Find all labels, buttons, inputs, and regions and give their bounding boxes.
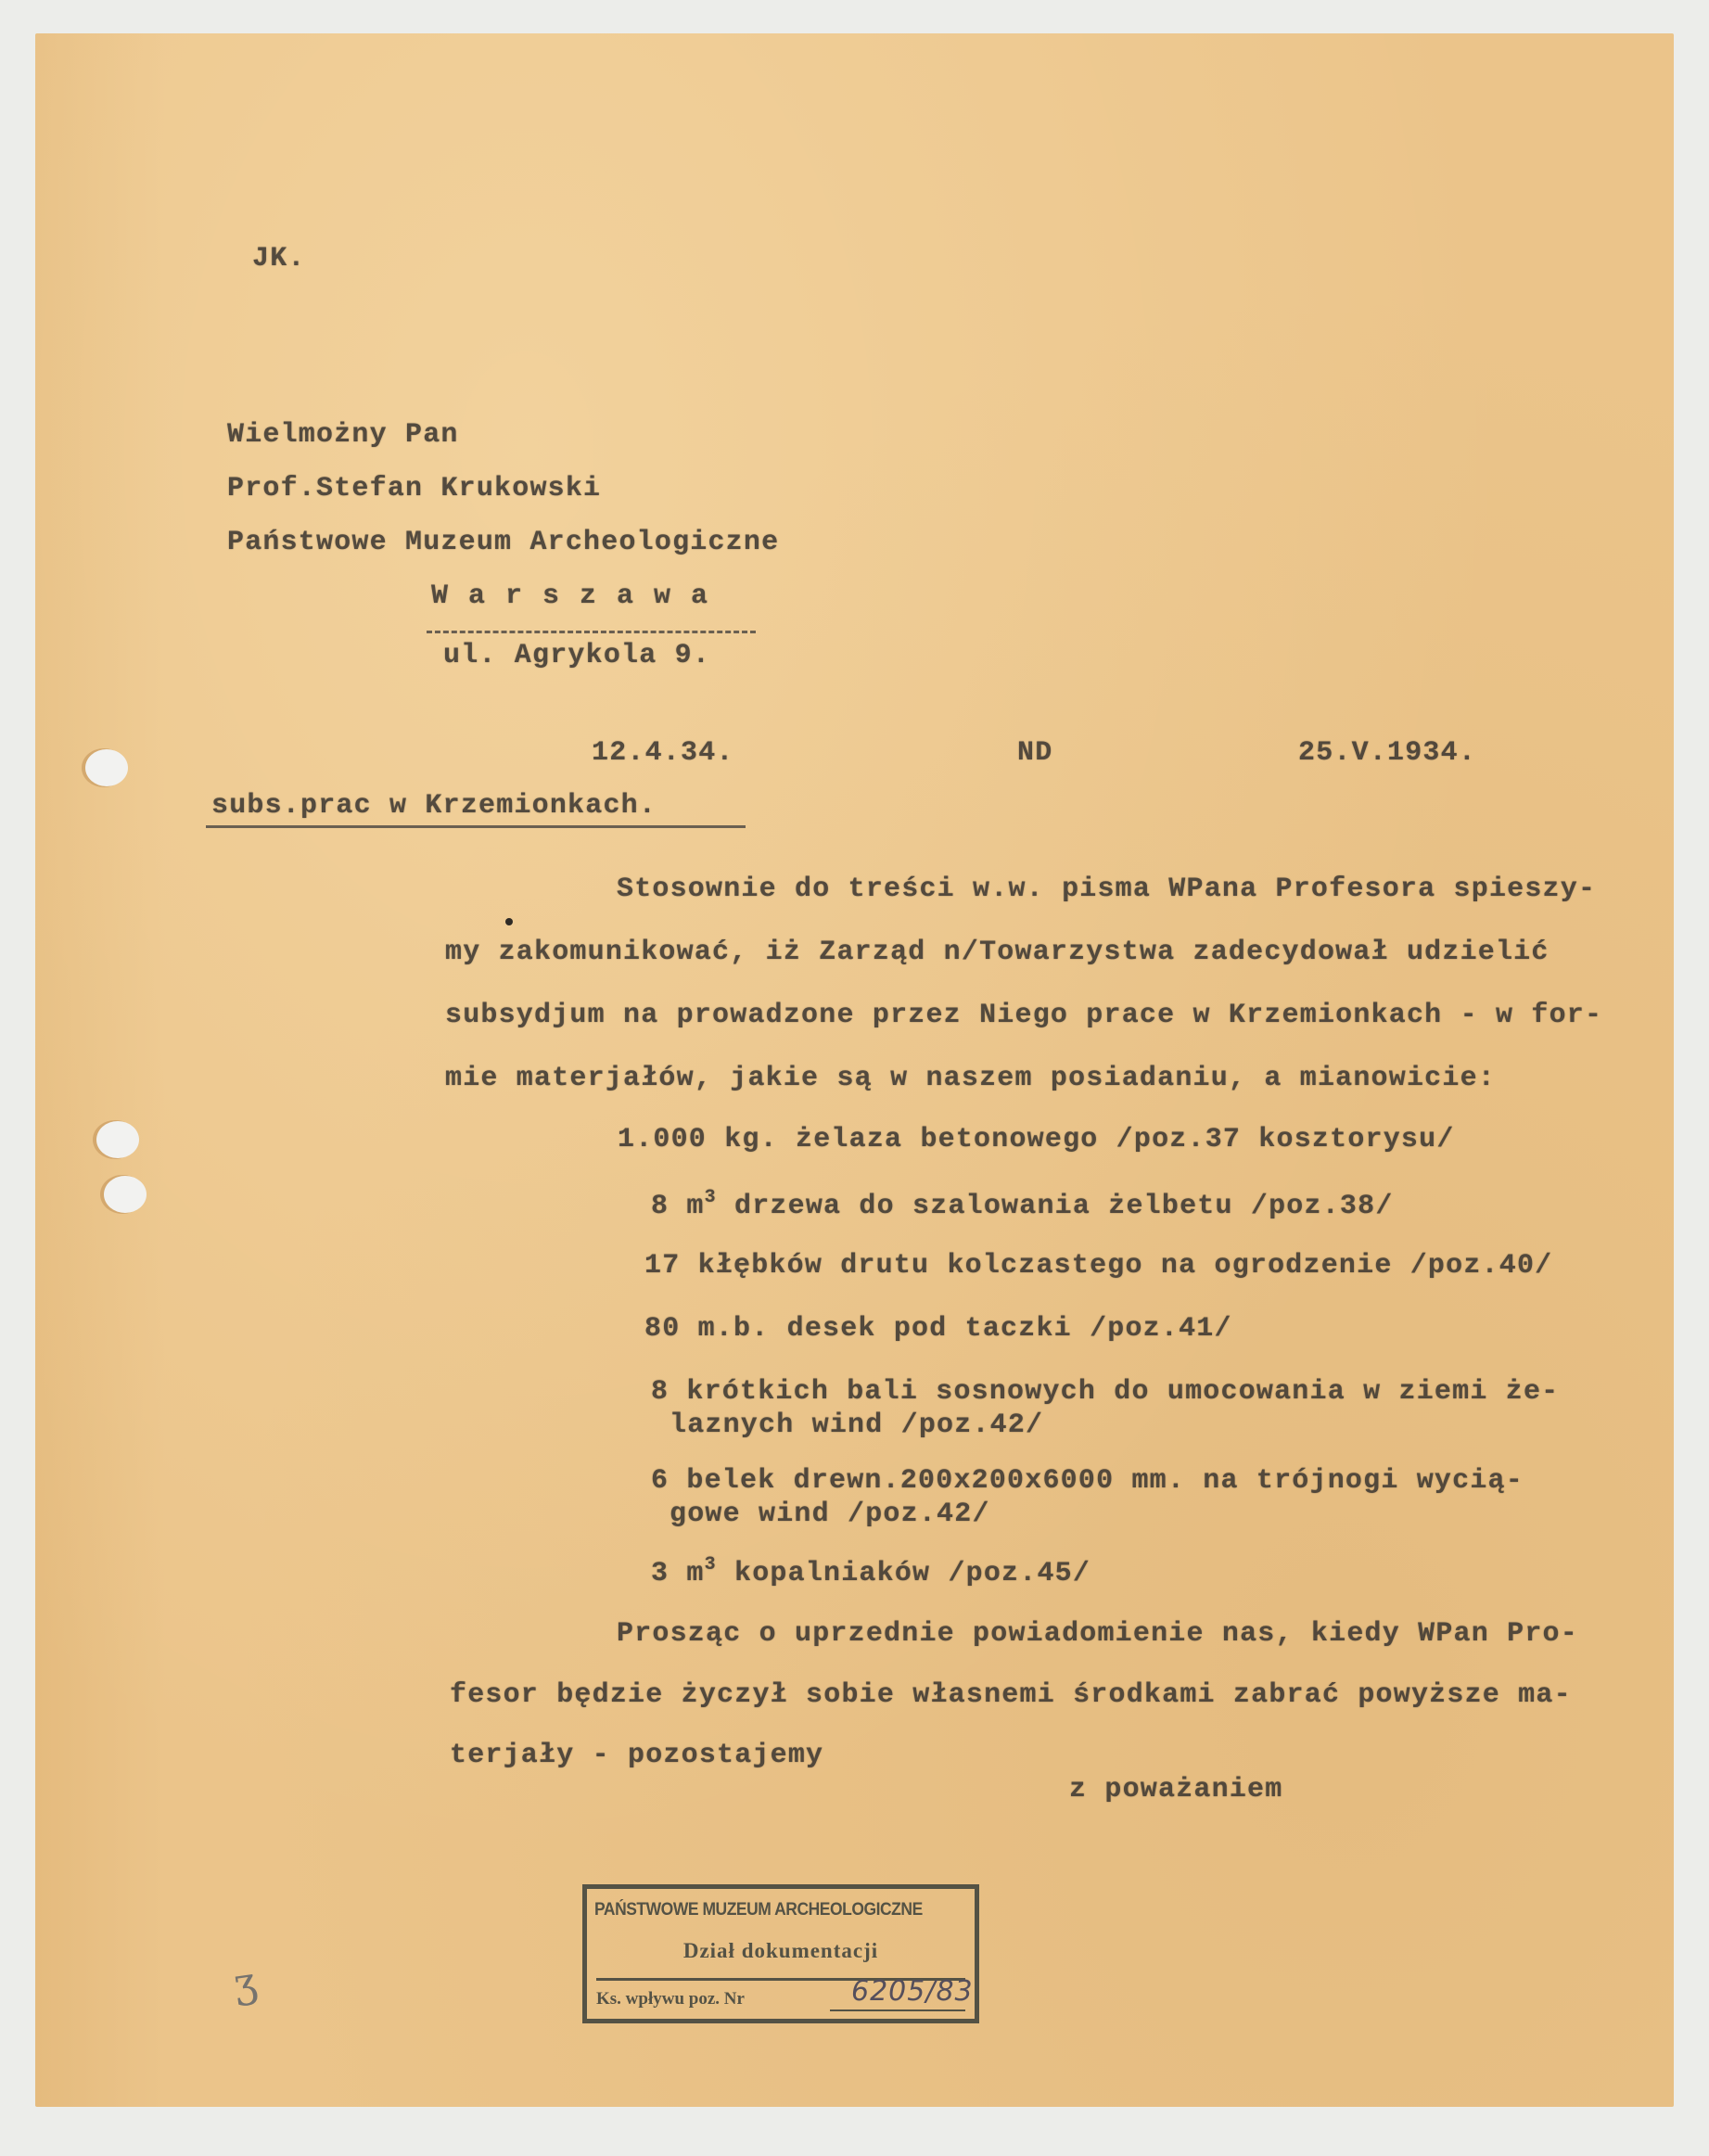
stamp-department: Dział dokumentacji (587, 1939, 975, 1963)
material-text: m.b. desek pod taczki /poz.41/ (698, 1313, 1232, 1345)
subject-line: subs.prac w Krzemionkach. (211, 790, 657, 822)
material-item-continuation: laznych wind /poz.42/ (670, 1410, 1043, 1441)
subject-underline (206, 825, 746, 828)
stamp-number-underline (830, 2009, 965, 2011)
addressee-institution: Państwowe Muzeum Archeologiczne (227, 527, 779, 558)
material-item-continuation: gowe wind /poz.42/ (670, 1499, 990, 1530)
material-text: kopalniaków /poz.45/ (734, 1558, 1090, 1589)
our-reference: ND (1017, 737, 1052, 769)
material-qty: 80 (644, 1313, 680, 1345)
stamp-entry-number: 6205/83 (851, 1975, 974, 2008)
body-line: terjały - pozostajemy (450, 1740, 823, 1771)
material-item: 17 kłębków drutu kolczastego na ogrodzen… (644, 1250, 1552, 1282)
material-text: drzewa do szalowania żelbetu /poz.38/ (734, 1191, 1394, 1222)
punch-hole-bottom (104, 1176, 147, 1213)
ink-dot (505, 918, 513, 925)
material-item: 80 m.b. desek pod taczki /poz.41/ (644, 1313, 1232, 1345)
material-qty: 17 (644, 1250, 680, 1282)
material-item: 8 krótkich bali sosnowych do umocowania … (651, 1376, 1559, 1408)
their-letter-date: 12.4.34. (592, 737, 734, 769)
punch-hole-middle (96, 1121, 139, 1158)
stamp-title: PAŃSTWOWE MUZEUM ARCHEOLOGICZNE (594, 1900, 936, 1920)
material-text: belek drewn.200x200x6000 mm. na trójnogi… (686, 1465, 1524, 1497)
material-item: 8 m3 drzewa do szalowania żelbetu /poz.3… (651, 1187, 1394, 1222)
material-qty: 1.000 (618, 1124, 707, 1155)
material-text: kłębków drutu kolczastego na ogrodzenie … (698, 1250, 1553, 1282)
city-underline (427, 631, 756, 633)
material-item: 3 m3 kopalniaków /poz.45/ (651, 1554, 1090, 1589)
material-item: 1.000 kg. żelaza betonowego /poz.37 kosz… (618, 1124, 1455, 1155)
material-item: 6 belek drewn.200x200x6000 mm. na trójno… (651, 1465, 1524, 1497)
material-unit: m (686, 1191, 704, 1222)
addressee-name: Prof.Stefan Krukowski (227, 473, 601, 504)
material-text: kg. żelaza betonowego /poz.37 kosztorysu… (724, 1124, 1454, 1155)
stamp-entry-label: Ks. wpływu poz. Nr (596, 1989, 745, 2009)
letter-date: 25.V.1934. (1298, 737, 1476, 769)
material-unit: m (686, 1558, 704, 1589)
material-unit-exponent: 3 (705, 1187, 717, 1208)
material-qty: 6 (651, 1465, 669, 1497)
body-line: my zakomunikować, iż Zarząd n/Towarzystw… (445, 937, 1550, 968)
material-qty: 8 (651, 1376, 669, 1408)
addressee-street: ul. Agrykola 9. (443, 640, 710, 671)
archive-stamp: PAŃSTWOWE MUZEUM ARCHEOLOGICZNE Dział do… (582, 1884, 979, 2023)
closing: z poważaniem (1069, 1774, 1282, 1805)
body-line: Prosząc o uprzednie powiadomienie nas, k… (617, 1618, 1578, 1650)
body-line: mie materjałów, jakie są w naszem posiad… (445, 1063, 1496, 1094)
addressee-salutation: Wielmożny Pan (227, 419, 459, 451)
body-line: fesor będzie życzył sobie własnemi środk… (450, 1679, 1572, 1711)
material-text: krótkich bali sosnowych do umocowania w … (686, 1376, 1559, 1408)
punch-hole-top (85, 749, 128, 786)
material-qty: 8 (651, 1191, 669, 1222)
addressee-city: Warszawa (431, 580, 728, 612)
body-line: Stosownie do treści w.w. pisma WPana Pro… (617, 874, 1596, 905)
material-unit-exponent: 3 (705, 1554, 717, 1576)
initials: JK. (252, 243, 306, 274)
material-qty: 3 (651, 1558, 669, 1589)
body-line: subsydjum na prowadzone przez Niego prac… (445, 1000, 1602, 1031)
